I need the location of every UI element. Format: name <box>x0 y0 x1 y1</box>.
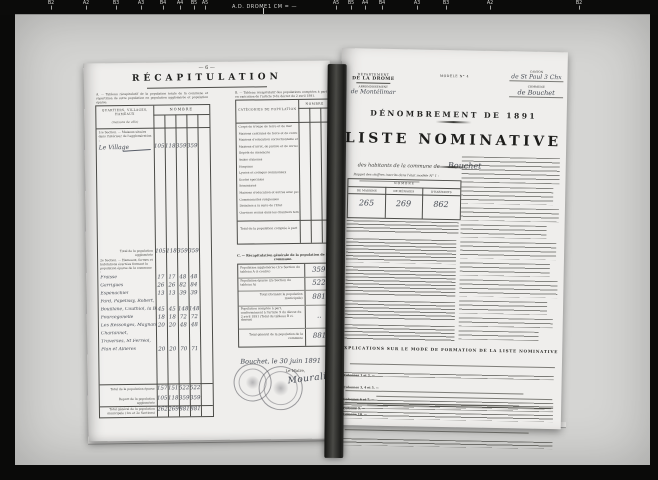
cell-value: 82 <box>177 282 188 288</box>
cell-value: 148 <box>178 306 189 312</box>
cell-value: 151 <box>168 385 179 391</box>
hamlet-name: Traverses, St Ferréol, <box>101 339 151 345</box>
liste-nominative-title: LISTE NOMINATIVE <box>340 130 566 150</box>
model-number-label: MODÈLE N° 4 <box>431 74 477 79</box>
text-line <box>345 429 529 434</box>
ruler-label: B2 <box>574 0 584 10</box>
table-rule <box>175 114 180 416</box>
table-b-nombre-header: NOMBRE <box>298 101 331 105</box>
cell-value: 13 <box>166 290 177 296</box>
left-page: — 6 — RÉCAPITULATION A. — Tableau récapi… <box>84 61 335 442</box>
cell-value: 359 <box>190 395 201 401</box>
film-border-left <box>0 0 15 480</box>
table-rule <box>197 114 202 416</box>
title-rule <box>147 86 267 88</box>
table-b-header: CATÉGORIES DE POPULATION <box>237 108 297 112</box>
cell-value: 105 <box>155 249 166 255</box>
cell-value: 45 <box>156 307 167 313</box>
grand-total-row: Total général de la population municipal… <box>100 406 213 417</box>
ruler-label: A5 <box>200 0 210 10</box>
cell-value: 45 <box>167 306 178 312</box>
table-b-total-label: Total de la population comptée à part <box>239 227 299 231</box>
resolution-ruler: B2 A2 B3 A3 B4 A4 B5 A5 A.D. DROME 1 CM … <box>0 0 658 15</box>
cell-value: 359 <box>176 143 187 149</box>
row-label: Population agglomérée (1re Section du ta… <box>240 266 302 274</box>
cell-value: 20 <box>167 322 178 328</box>
table-a-header-sub: (maisons de ville) <box>97 120 152 125</box>
table-rule <box>298 107 331 108</box>
cell-value: 118 <box>166 248 177 254</box>
flourish-ornament <box>436 121 472 124</box>
table-a-header: QUARTIERS, VILLAGES, HAMEAUX <box>97 109 152 117</box>
ruler-label: B3 <box>111 0 121 10</box>
scale-label: 1 CM = — <box>268 4 297 10</box>
explication-paragraph: Colonne 10. — <box>342 400 553 449</box>
cell-value: 18 <box>156 315 167 321</box>
table-row: Plan et Allières 20 20 70 71 <box>99 346 212 355</box>
cell-value: 359 <box>177 248 188 254</box>
ruler-label: B4 <box>377 0 387 10</box>
hamlet-name: Plan et Allières <box>101 347 136 352</box>
instructions-paragraph <box>345 266 456 298</box>
cell-value: 105 <box>154 144 165 150</box>
table-b-rows: Corps de troupe de terre et de mer Maiso… <box>238 125 298 218</box>
cell-value: 48 <box>188 274 199 280</box>
instructions-paragraph <box>346 238 456 264</box>
ruler-label: A3 <box>136 0 146 10</box>
rappel-table: NOMBRE DE MAISONS DE MÉNAGES D'HABITANTS… <box>347 178 462 220</box>
cell-value: 18 <box>167 314 178 320</box>
hamlet-name: Bouillane, Couthiol, la Blache <box>101 307 157 313</box>
cell-value: 72 <box>178 314 189 320</box>
row-label: Total (formant la population municipale) <box>247 293 303 301</box>
ruler-label: A4 <box>175 0 185 10</box>
instructions-paragraph <box>459 300 547 315</box>
cell-value: 118 <box>168 395 179 401</box>
cell-value: 17 <box>155 275 166 281</box>
hamlet-name: Charlannet, <box>101 331 128 336</box>
canton-commune-block: CANTON de St Paul 3 Chx COMMUNE de Bouch… <box>509 69 564 98</box>
cell-value: 71 <box>189 346 200 352</box>
section1-label: 1re Section. — Maisons situées dans l'in… <box>99 131 152 143</box>
instructions-paragraph <box>461 207 559 222</box>
row-label: Total général de la population de la com… <box>247 333 303 341</box>
ruler-label: A2 <box>485 0 495 10</box>
microfilm-scan: B2 A2 B3 A3 B4 A4 B5 A5 A.D. DROME 1 CM … <box>0 0 658 480</box>
recap-row: Population comptée à part, conformément … <box>239 304 334 329</box>
table-rule <box>164 115 169 417</box>
cell-value: 72 <box>189 314 200 320</box>
scan-bed-edge <box>15 14 650 15</box>
table-rule <box>309 108 312 243</box>
inhabitants-count: 862 <box>422 200 460 210</box>
cell-value: 359 <box>187 143 198 149</box>
instructions-paragraph <box>345 300 455 322</box>
instructions-paragraph <box>460 224 546 239</box>
cell-value: 39 <box>177 290 188 296</box>
paragraph-lead: Colonne 10. — <box>343 412 367 416</box>
cell-value: 881 <box>179 406 190 412</box>
cell-value: 881 <box>190 406 201 412</box>
table-row: Le Village 105 118 359 359 <box>97 143 210 154</box>
table-c-general-recap: Population agglomérée (1re Section du ta… <box>237 262 335 347</box>
ruler-label: A5 <box>331 0 341 10</box>
row-label: Total général de la population municipal… <box>102 408 155 416</box>
hamlet-name: Espénachier <box>100 291 128 296</box>
cell-value: 359 <box>179 395 190 401</box>
film-border-right <box>650 0 658 480</box>
denombrement-title: DÉNOMBREMENT DE 1891 <box>364 108 544 120</box>
cell-value: 48 <box>177 274 188 280</box>
book-spine <box>324 64 346 458</box>
instructions-paragraph <box>459 317 553 328</box>
hamlet-name: Fraisse <box>100 275 117 280</box>
households-count: 269 <box>385 199 422 209</box>
rappel-nombre-header: NOMBRE <box>348 180 460 186</box>
ruler-label: A2 <box>81 0 91 10</box>
cell-value: 269 <box>168 406 179 412</box>
ruler-label: A4 <box>360 0 370 10</box>
instructions-paragraph <box>460 262 550 277</box>
section-c-title: C. — Récapitulation générale de la popul… <box>234 252 332 261</box>
ruler-label: A3 <box>412 0 422 10</box>
section-a-intro: A. — Tableau récapitulatif de la populat… <box>96 92 208 105</box>
hamlet-name: Les Ressonges, Magnanes <box>101 323 157 329</box>
table-rule <box>320 108 323 243</box>
footnote-text-block <box>346 220 458 234</box>
cell-value: 39 <box>188 290 199 296</box>
ruler-label: B2 <box>46 0 56 10</box>
recap-row: Total général de la population de la com… <box>239 327 334 346</box>
cell-value: 522 <box>190 385 201 391</box>
table-rule <box>238 219 333 221</box>
recapitulation-title: RÉCAPITULATION <box>84 72 330 85</box>
cell-value: 105 <box>157 396 168 402</box>
instructions-paragraph <box>460 241 556 260</box>
instructions-paragraph <box>459 279 557 298</box>
houses-count: 265 <box>348 198 385 208</box>
cell-value: 20 <box>167 346 178 352</box>
col-header: D'HABITANTS <box>422 190 460 195</box>
total-agglomerated-row: Total de la population agglomérée 105 11… <box>98 248 211 258</box>
film-border-bottom <box>0 465 658 480</box>
section2-label: 2e Section. — Hameaux, fermes et habitat… <box>100 259 153 275</box>
table-rule <box>236 121 331 123</box>
cell-value: 20 <box>156 323 167 329</box>
ruler-label: B5 <box>189 0 199 10</box>
row-label: Total de la population agglomérée <box>104 250 153 258</box>
ruler-label: B3 <box>441 0 451 10</box>
table-a-nombre-header: NOMBRE <box>153 107 209 112</box>
cell-value: 522 <box>179 385 190 391</box>
cell-value: 17 <box>166 274 177 280</box>
table-b-counted-apart: CATÉGORIES DE POPULATION NOMBRE Corps de… <box>235 98 334 244</box>
row-label: Report de la population agglomérée <box>106 398 155 406</box>
row-label: Population comptée à part, conformément … <box>241 307 303 323</box>
row-label: Total de la population éparse <box>106 388 155 392</box>
instructions-paragraph <box>461 186 553 205</box>
canton-value: de St Paul 3 Chx <box>509 73 563 82</box>
col-header: DE MAISONS <box>348 188 385 193</box>
cell-value: 20 <box>156 347 167 353</box>
row-label: Population éparse (2e Section du tableau… <box>240 279 302 287</box>
cell-value: 48 <box>178 322 189 328</box>
ruler-label: B5 <box>346 0 356 10</box>
cell-value: 26 <box>155 283 166 289</box>
commune-value: de Bouchet <box>509 88 563 98</box>
table-rule <box>153 114 209 116</box>
cell-value: 118 <box>165 143 176 149</box>
instructions-paragraph <box>344 324 454 342</box>
col-header: DE MÉNAGES <box>385 189 422 194</box>
cell-value: 84 <box>188 282 199 288</box>
right-page: DÉPARTEMENT DE LA DROME ARRONDISSEMENT d… <box>335 48 568 429</box>
ruler-label: B4 <box>158 0 168 10</box>
department-value: DE LA DROME <box>347 76 399 82</box>
subtitle-text: des habitants de la commune de <box>358 162 440 170</box>
table-a-population: QUARTIERS, VILLAGES, HAMEAUX (maisons de… <box>95 104 214 418</box>
cell-value: 70 <box>178 346 189 352</box>
cell-value: 26 <box>166 282 177 288</box>
hamlet-name: Garrigues <box>100 283 123 288</box>
category-row: Ouvriers réunis dans les chantiers tempo… <box>240 211 299 218</box>
cell-value: 262 <box>157 407 168 413</box>
cell-value: 157 <box>157 386 168 392</box>
cell-value: 48 <box>189 322 200 328</box>
table-rule <box>186 114 191 416</box>
instructions-paragraph <box>461 156 559 184</box>
department-block: DÉPARTEMENT DE LA DROME ARRONDISSEMENT d… <box>347 72 399 96</box>
cell-value: 13 <box>155 291 166 297</box>
cell-value: 148 <box>189 306 200 312</box>
arrondissement-value: de Montélimar <box>347 88 399 96</box>
hamlet-name: Fourcegonelle <box>101 315 134 320</box>
cell-value: 359 <box>188 248 199 254</box>
hamlet-name: Fard, Papelissy, Robert, <box>101 299 155 305</box>
instructions-paragraph <box>458 330 538 341</box>
